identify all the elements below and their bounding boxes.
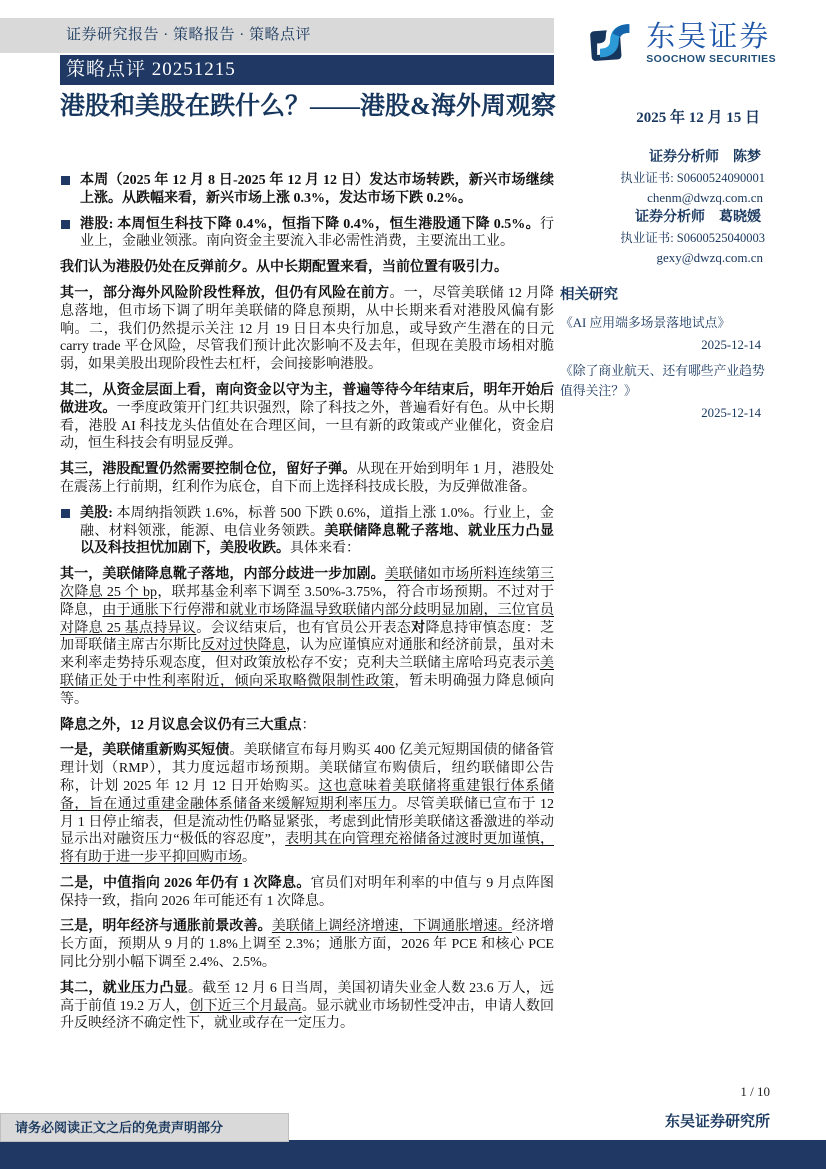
- body-paragraph: 三是，明年经济与通胀前景改善。美联储上调经济增速，下调通胀增速。经济增长方面，预…: [60, 918, 554, 971]
- brand-names: 东吴证券 SOOCHOW SECURITIES: [646, 22, 776, 65]
- text-run: 本周（2025 年 12 月 8 日-2025 年 12 月 12 日）发达市场…: [80, 173, 554, 206]
- text-run: 二是，中值指向 2026 年仍有 1 次降息。: [60, 876, 311, 891]
- text-run: 创下近三个月最高: [190, 999, 302, 1014]
- page-number: 1 / 10: [740, 1084, 770, 1100]
- text-run: 我们认为港股仍处在反弹前夕。从中长期配置来看，当前位置有吸引力。: [60, 260, 508, 275]
- related-research-section: 相关研究 《AI 应用端多场景落地试点》 2025-12-14 《除了商业航天、…: [560, 283, 765, 429]
- body-paragraph: 其二，就业压力凸显。截至 12 月 6 日当周，美国初请失业金人数 23.6 万…: [60, 980, 554, 1033]
- text-run: 美联储上调经济增速，下调通胀增速。: [272, 919, 512, 934]
- body-paragraph: 一是，美联储重新购买短债。美联储宣布每月购买 400 亿美元短期国债的储备管理计…: [60, 742, 554, 867]
- bullet-square-icon: [61, 176, 70, 185]
- analyst-role: 证券分析师: [649, 150, 719, 165]
- text-run: 反对过快降息: [201, 638, 286, 653]
- text-run: 其一，美联储降息靴子落地，内部分歧进一步加剧。: [60, 567, 385, 582]
- report-type-banner: 策略点评 20251215: [60, 55, 554, 85]
- related-item: 《AI 应用端多场景落地试点》 2025-12-14: [560, 313, 765, 353]
- related-item-title: 《除了商业航天、还有哪些产业趋势值得关注？》: [560, 361, 765, 401]
- body-paragraph: 本周（2025 年 12 月 8 日-2025 年 12 月 12 日）发达市场…: [60, 172, 554, 208]
- report-category-breadcrumb: 证券研究报告 · 策略报告 · 策略点评: [0, 18, 554, 53]
- brand-name-en: SOOCHOW SECURITIES: [646, 53, 776, 65]
- analyst-name: 葛晓媛: [719, 210, 761, 225]
- footer-bar: [0, 1140, 826, 1169]
- soochow-logo-icon: [588, 16, 638, 71]
- body-paragraph: 美股: 本周纳指领跌 1.6%，标普 500 下跌 0.6%，道指上涨 1.0%…: [60, 505, 554, 558]
- body-paragraph: 二是，中值指向 2026 年仍有 1 次降息。官员们对明年利率的中值与 9 月点…: [60, 875, 554, 911]
- related-item-title: 《AI 应用端多场景落地试点》: [560, 313, 765, 333]
- related-item-date: 2025-12-14: [560, 406, 765, 421]
- text-run: 一是，美联储重新购买短债: [60, 743, 229, 758]
- report-page: 证券研究报告 · 策略报告 · 策略点评 策略点评 20251215 港股和美股…: [0, 0, 826, 1169]
- analyst-list: 证券分析师陈梦 执业证书: S0600524090001 chenm@dwzq.…: [555, 148, 765, 268]
- text-run: 其二，就业压力凸显: [60, 981, 188, 996]
- analyst-role-line: 证券分析师陈梦: [555, 148, 765, 168]
- text-run: 美股:: [80, 506, 117, 521]
- related-research-heading: 相关研究: [560, 283, 765, 304]
- brand-name-cn: 东吴证券: [646, 22, 776, 53]
- body-paragraph: 我们认为港股仍处在反弹前夕。从中长期配置来看，当前位置有吸引力。: [60, 259, 554, 277]
- disclaimer-box: 请务必阅读正文之后的免责声明部分: [0, 1113, 289, 1142]
- analyst-role-line: 证券分析师葛晓媛: [555, 208, 765, 228]
- report-date: 2025 年 12 月 15 日: [560, 106, 778, 127]
- text-run: 对: [411, 621, 425, 636]
- text-run: 具体来看：: [290, 541, 360, 556]
- body-paragraph: 其一，美联储降息靴子落地，内部分歧进一步加剧。美联储如市场所料连续第三次降息 2…: [60, 566, 554, 708]
- analyst-email: chenm@dwzq.com.cn: [555, 188, 765, 208]
- research-institute-label: 东吴证券研究所: [665, 1110, 770, 1131]
- text-run: 一季度政策开门红共识强烈，除了科技之外，普遍看好有色。从中长期看，港股 AI 科…: [60, 401, 554, 452]
- body-paragraph: 降息之外，12 月议息会议仍有三大重点：: [60, 717, 554, 735]
- analyst-entry: 证券分析师陈梦 执业证书: S0600524090001 chenm@dwzq.…: [555, 148, 765, 208]
- analyst-entry: 证券分析师葛晓媛 执业证书: S0600525040003 gexy@dwzq.…: [555, 208, 765, 268]
- text-run: 其一，部分海外风险阶段性释放，但仍有风险在前方: [60, 286, 389, 301]
- report-type-banner-text: 策略点评 20251215: [60, 55, 554, 85]
- body-paragraph: 其二，从资金层面上看，南向资金以守为主，普遍等待今年结束后，明年开始后做进攻。一…: [60, 382, 554, 453]
- related-item: 《除了商业航天、还有哪些产业趋势值得关注？》 2025-12-14: [560, 361, 765, 421]
- text-run: 其三，港股配置仍然需要控制仓位，留好子弹。: [60, 462, 356, 477]
- page-title: 港股和美股在跌什么？——港股&海外周观察: [60, 90, 566, 124]
- brand-lockup: 东吴证券 SOOCHOW SECURITIES: [588, 16, 776, 71]
- bullet-square-icon: [61, 220, 70, 229]
- body-paragraph: 其三，港股配置仍然需要控制仓位，留好子弹。从现在开始到明年 1 月，港股处在震荡…: [60, 461, 554, 497]
- analyst-cert: 执业证书: S0600524090001: [555, 168, 765, 188]
- kicker-bar: 证券研究报告 · 策略报告 · 策略点评: [0, 18, 554, 53]
- text-run: 降息之外，12 月议息会议仍有三大重点: [60, 718, 302, 733]
- body-paragraph: 其一，部分海外风险阶段性释放，但仍有风险在前方。一，尽管美联储 12 月降息落地…: [60, 285, 554, 374]
- bullet-square-icon: [61, 509, 70, 518]
- related-item-date: 2025-12-14: [560, 338, 765, 353]
- text-run: ：: [302, 718, 316, 733]
- text-run: 。会议结束后，也有官员公开表态: [196, 621, 411, 636]
- report-body: 本周（2025 年 12 月 8 日-2025 年 12 月 12 日）发达市场…: [60, 172, 554, 1041]
- text-run: 港股: 本周恒生科技下降 0.4%，恒指下降 0.4%，恒生港股通下降 0.5%…: [80, 217, 540, 232]
- text-run: 三是，明年经济与通胀前景改善。: [60, 919, 272, 934]
- analyst-cert: 执业证书: S0600525040003: [555, 228, 765, 248]
- disclaimer-text: 请务必阅读正文之后的免责声明部分: [1, 1114, 288, 1141]
- analyst-role: 证券分析师: [635, 210, 705, 225]
- analyst-name: 陈梦: [733, 150, 761, 165]
- body-paragraph: 港股: 本周恒生科技下降 0.4%，恒指下降 0.4%，恒生港股通下降 0.5%…: [60, 216, 554, 252]
- analyst-email: gexy@dwzq.com.cn: [555, 248, 765, 268]
- text-run: 。: [242, 850, 256, 865]
